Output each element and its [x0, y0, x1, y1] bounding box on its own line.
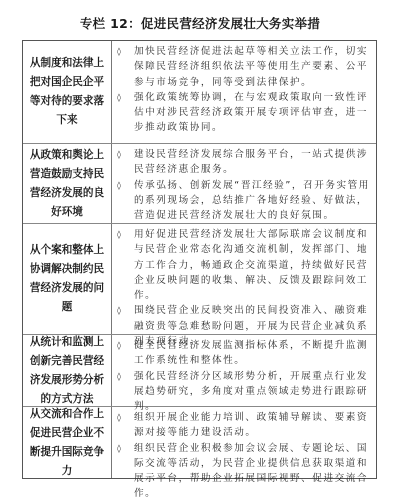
row-label: 从政策和舆论上营造鼓励支持民营经济发展的良好环境: [23, 144, 112, 223]
list-item-text: 组织开展企业能力培训、政策辅导解读、要素资源对接等能力建设活动。: [134, 410, 372, 441]
diamond-bullet-icon: ◊: [116, 338, 134, 369]
table-row: 从个案和整体上协调解决制约民营经济发展的问题 ◊ 用好促进民营经济发展壮大部际联…: [23, 223, 376, 334]
diamond-bullet-icon: ◊: [116, 147, 134, 178]
row-content: ◊ 用好促进民营经济发展壮大部际联席会议制度和与民营企业常态化沟通交流机制，发挥…: [112, 224, 376, 334]
row-label: 从统计和监测上创新完善民营经济发展形势分析的方式方法: [23, 335, 112, 406]
list-item: ◊ 强化政策统筹协调，在与宏观政策取向一致性评估中对涉民营经济政策开展专项评估审…: [116, 90, 372, 136]
diamond-bullet-icon: ◊: [116, 90, 134, 136]
table-row: 从制度和法律上把对国企民企平等对待的要求落下来 ◊ 加快民营经济促进法起草等相关…: [23, 41, 376, 143]
table-row: 从交流和合作上促进民营企业不断提升国际竞争力 ◊ 组织开展企业能力培训、政策辅导…: [23, 406, 376, 478]
diamond-bullet-icon: ◊: [116, 410, 134, 441]
diamond-bullet-icon: ◊: [116, 441, 134, 502]
list-item-text: 传承弘扬、创新发展“晋江经验”，召开务实管用的系列现场会，总结推广各地好经验、好…: [134, 178, 372, 224]
list-item: ◊ 组织开展企业能力培训、政策辅导解读、要素资源对接等能力建设活动。: [116, 410, 372, 441]
table-row: 从统计和监测上创新完善民营经济发展形势分析的方式方法 ◊ 健全民营经济发展监测指…: [23, 334, 376, 406]
list-item: ◊ 建设民营经济发展综合服务平台，一站式提供涉民营经济惠企服务。: [116, 147, 372, 178]
diamond-bullet-icon: ◊: [116, 227, 134, 303]
row-content: ◊ 加快民营经济促进法起草等相关立法工作，切实保障民营经济组织依法平等使用生产要…: [112, 41, 376, 143]
list-item-text: 用好促进民营经济发展壮大部际联席会议制度和与民营企业常态化沟通交流机制，发挥部门…: [134, 227, 372, 303]
list-item-text: 加快民营经济促进法起草等相关立法工作，切实保障民营经济组织依法平等使用生产要素、…: [134, 44, 372, 90]
row-content: ◊ 组织开展企业能力培训、政策辅导解读、要素资源对接等能力建设活动。 ◊ 组织民…: [112, 407, 376, 478]
diamond-bullet-icon: ◊: [116, 178, 134, 224]
list-item-text: 组织民营企业积极参加会议会展、专题论坛、国际交流等活动，为民营企业提供信息获取渠…: [134, 441, 372, 502]
list-item: ◊ 健全民营经济发展监测指标体系，不断提升监测工作系统性和整体性。: [116, 338, 372, 369]
row-label: 从交流和合作上促进民营企业不断提升国际竞争力: [23, 407, 112, 478]
row-label: 从个案和整体上协调解决制约民营经济发展的问题: [23, 224, 112, 334]
row-content: ◊ 健全民营经济发展监测指标体系，不断提升监测工作系统性和整体性。 ◊ 强化民营…: [112, 335, 376, 406]
diamond-bullet-icon: ◊: [116, 44, 134, 90]
list-item-text: 强化政策统筹协调，在与宏观政策取向一致性评估中对涉民营经济政策开展专项评估审查，…: [134, 90, 372, 136]
list-item: ◊ 组织民营企业积极参加会议会展、专题论坛、国际交流等活动，为民营企业提供信息获…: [116, 441, 372, 502]
table-row: 从政策和舆论上营造鼓励支持民营经济发展的良好环境 ◊ 建设民营经济发展综合服务平…: [23, 143, 376, 223]
list-item-text: 建设民营经济发展综合服务平台，一站式提供涉民营经济惠企服务。: [134, 147, 372, 178]
row-content: ◊ 建设民营经济发展综合服务平台，一站式提供涉民营经济惠企服务。 ◊ 传承弘扬、…: [112, 144, 376, 223]
list-item: ◊ 加快民营经济促进法起草等相关立法工作，切实保障民营经济组织依法平等使用生产要…: [116, 44, 372, 90]
list-item: ◊ 用好促进民营经济发展壮大部际联席会议制度和与民营企业常态化沟通交流机制，发挥…: [116, 227, 372, 303]
box-title: 专栏 12：促进民营经济发展壮大务实举措: [0, 14, 400, 32]
list-item-text: 健全民营经济发展监测指标体系，不断提升监测工作系统性和整体性。: [134, 338, 372, 369]
row-label: 从制度和法律上把对国企民企平等对待的要求落下来: [23, 41, 112, 143]
measures-table: 从制度和法律上把对国企民企平等对待的要求落下来 ◊ 加快民营经济促进法起草等相关…: [22, 40, 377, 479]
list-item: ◊ 传承弘扬、创新发展“晋江经验”，召开务实管用的系列现场会，总结推广各地好经验…: [116, 178, 372, 224]
